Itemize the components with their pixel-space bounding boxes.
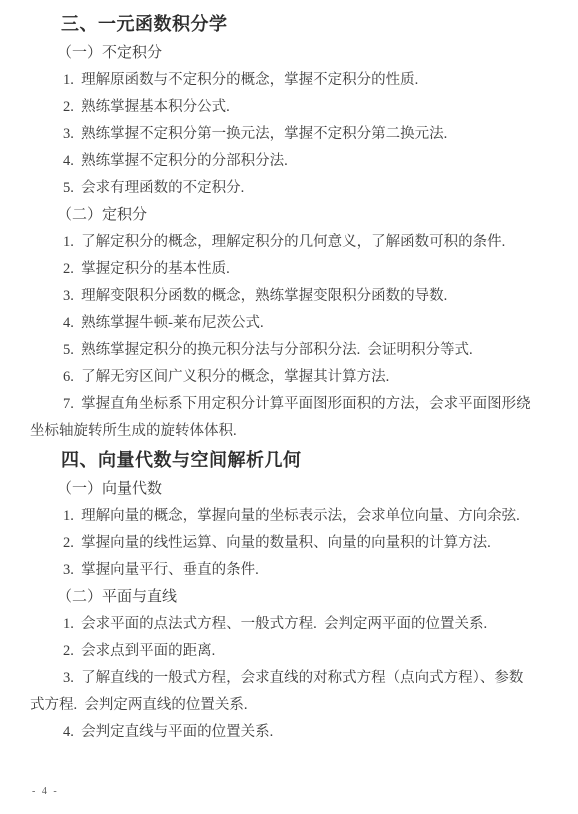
section-heading-3: 三、一元函数积分学 — [30, 9, 548, 40]
list-item: 2. 掌握定积分的基本性质. — [30, 256, 548, 283]
list-item: 7. 掌握直角坐标系下用定积分计算平面图形面积的方法，会求平面图形绕 — [30, 391, 548, 418]
list-item: 4. 会判定直线与平面的位置关系. — [30, 719, 548, 746]
list-item: 2. 熟练掌握基本积分公式. — [30, 94, 548, 121]
list-item: 1. 理解向量的概念，掌握向量的坐标表示法，会求单位向量、方向余弦. — [30, 503, 548, 530]
list-item: 1. 会求平面的点法式方程、一般式方程. 会判定两平面的位置关系. — [30, 611, 548, 638]
list-item: 6. 了解无穷区间广义积分的概念，掌握其计算方法. — [30, 364, 548, 391]
list-item: 3. 理解变限积分函数的概念，熟练掌握变限积分函数的导数. — [30, 283, 548, 310]
document-page: 三、一元函数积分学 （一）不定积分 1. 理解原函数与不定积分的概念，掌握不定积… — [0, 0, 578, 814]
list-item: 4. 熟练掌握牛顿-莱布尼茨公式. — [30, 310, 548, 337]
subsection-heading-3-1: （一）不定积分 — [30, 40, 548, 67]
subsection-heading-4-1: （一）向量代数 — [30, 476, 548, 503]
list-item-continuation: 坐标轴旋转所生成的旋转体体积. — [30, 418, 548, 445]
list-item-continuation: 式方程. 会判定两直线的位置关系. — [30, 692, 548, 719]
list-item: 4. 熟练掌握不定积分的分部积分法. — [30, 148, 548, 175]
list-item: 1. 理解原函数与不定积分的概念，掌握不定积分的性质. — [30, 67, 548, 94]
list-item: 3. 熟练掌握不定积分第一换元法，掌握不定积分第二换元法. — [30, 121, 548, 148]
section-heading-4: 四、向量代数与空间解析几何 — [30, 445, 548, 476]
list-item: 1. 了解定积分的概念，理解定积分的几何意义，了解函数可积的条件. — [30, 229, 548, 256]
page-number: - 4 - — [32, 786, 59, 797]
list-item: 5. 会求有理函数的不定积分. — [30, 175, 548, 202]
list-item: 2. 会求点到平面的距离. — [30, 638, 548, 665]
list-item: 3. 了解直线的一般式方程，会求直线的对称式方程（点向式方程）、参数 — [30, 665, 548, 692]
list-item: 2. 掌握向量的线性运算、向量的数量积、向量的向量积的计算方法. — [30, 530, 548, 557]
document-content: 三、一元函数积分学 （一）不定积分 1. 理解原函数与不定积分的概念，掌握不定积… — [0, 0, 578, 746]
list-item: 5. 熟练掌握定积分的换元积分法与分部积分法. 会证明积分等式. — [30, 337, 548, 364]
subsection-heading-3-2: （二）定积分 — [30, 202, 548, 229]
subsection-heading-4-2: （二）平面与直线 — [30, 584, 548, 611]
list-item: 3. 掌握向量平行、垂直的条件. — [30, 557, 548, 584]
